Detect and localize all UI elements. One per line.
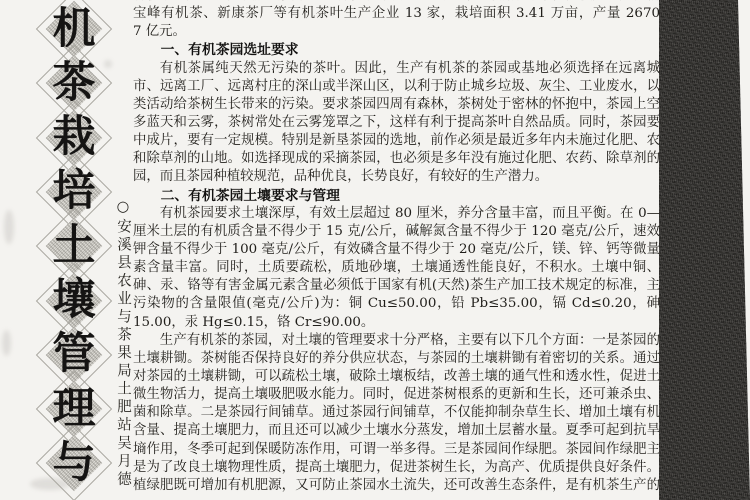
body-line: 素含量丰富。同时，土质要疏松，质地砂壤，土壤通透性能良好，不积水。土壤中铜、铅、… (133, 259, 660, 277)
body-line: 菌和除草。二是茶园行间铺草。通过茶园行间铺草，不仅能抑制杂草生长、增加土壤有机质 (133, 404, 660, 422)
scan-dark-edge (659, 0, 750, 500)
body-line: 植绿肥既可增加有机肥源，又可防止茶园水土流失，还可改善生态条件，是有机茶生产的 (133, 477, 660, 495)
body-line: 生产有机茶的茶园，对土壤的管理要求十分严格，主要有以下几个方面：一是茶园的 (133, 332, 660, 350)
article-body: 有机茶生产基地建设规划要求全县有机茶叶认证企业凤山宝峰新康等单位面积产量产值情况… (133, 0, 660, 495)
body-line: 宝峰有机茶、新康茶厂等有机茶叶生产企业 13 家，栽培面积 3.41 万亩，产量… (133, 5, 660, 23)
body-line: 微生物活力，提高土壤吸肥吸水能力。同时，促进茶树根系的更新和生长，还可兼杀虫、杀 (133, 386, 660, 404)
body-line: 墒作用，冬季可起到保暖防冻作用，可谓一举多得。三是茶园间作绿肥。茶园间作绿肥主要 (133, 441, 660, 459)
body-line: 污染物的含量限值(毫克/公斤)为：铜 Cu≤50.00，铅 Pb≤35.00，镉… (133, 295, 660, 313)
body-line: 15.00，汞 Hg≤0.15，铬 Cr≤90.00。 (133, 314, 660, 332)
body-line: 含量、提高土壤肥力，而且还可以减少土壤水分蒸发，增加土层蓄水量。夏季可起到抗旱保 (133, 422, 660, 440)
byline-marker-icon: ○ (115, 199, 131, 219)
body-line: 钾含量不得少于 100 毫克/公斤，有效磷含量不得少于 20 毫克/公斤，镁、锌… (133, 241, 660, 259)
byline-affiliation: 安溪县农业与茶果局土肥站 (115, 219, 131, 435)
clipped-top-line: 有机茶生产基地建设规划要求全县有机茶叶认证企业凤山宝峰新康等单位面积产量产值情况 (133, 0, 660, 5)
body-line: 多蓝天和云雾，茶树常处在云雾笼罩之下，这样有利于提高茶叶自然品质。同时，茶园要集 (133, 114, 660, 132)
section-heading: 一、有机茶园选址要求 (133, 41, 660, 59)
body-line: 和除草剂的山地。如选择现成的采摘茶园，也必须是多年没有施过化肥、农药、除草剂的茶 (133, 150, 660, 168)
body-line: 有机茶属纯天然无污染的茶叶。因此，生产有机茶的茶园或基地必须选择在远离城 (133, 60, 660, 78)
scan-smudge (2, 330, 11, 356)
body-line: 市、远离工厂、远离村庄的深山或半深山区，以利于防止城乡垃圾、灰尘、工业废水，以及… (133, 78, 660, 96)
body-line: 对茶园的土壤耕锄，可以疏松土壤，破除土壤板结，改善土壤的通气性和透水性，促进土壤 (133, 368, 660, 386)
scan-smudge (4, 210, 14, 244)
body-line: 有机茶园要求土壤深厚，有效土层超过 80 厘米，养分含量丰富，而且平衡。在 0—… (133, 205, 660, 223)
body-line: 类活动给茶树生长带来的污染。要求茶园四周有森林，茶树处于密林的怀抱中，茶园上空 (133, 96, 660, 114)
title-char: 与 (53, 442, 96, 485)
body-line: 是为了改良土壤物理性质，提高土壤肥力，促进茶树生长，为高产、优质提供良好条件。种 (133, 459, 660, 477)
byline-author: 吴月德 (115, 435, 131, 489)
section-heading: 二、有机茶园土壤要求与管理 (133, 187, 660, 205)
body-line: 中成片，要有一定规模。特别是新垦茶园的选地，前作必须是最近多年内未施过化肥、农药 (133, 132, 660, 150)
body-line: 土壤耕锄。茶树能否保持良好的养分供应状态，与茶园的土壤耕锄有着密切的关系。通过 (133, 350, 660, 368)
byline: ○安溪县农业与茶果局土肥站吴月德 (113, 199, 134, 479)
body-line: 厘米土层的有机质含量不得少于 15 克/公斤，碱解氮含量不得少于 120 毫克/… (133, 223, 660, 241)
body-line: 园，而且茶园种植较规范，品种优良，长势良好，有较好的生产潜力。 (133, 168, 660, 186)
title-char-cell: 与 (34, 423, 114, 500)
body-line: 7 亿元。 (133, 23, 660, 41)
scanned-article-page: 机茶栽培土壤管理与 ○安溪县农业与茶果局土肥站吴月德 有机茶生产基地建设规划要求… (0, 0, 750, 500)
body-line: 砷、汞、铬等有害金属元素含量必须低于国家有机(天然)茶生产加工技术规定的标准，主… (133, 277, 660, 295)
